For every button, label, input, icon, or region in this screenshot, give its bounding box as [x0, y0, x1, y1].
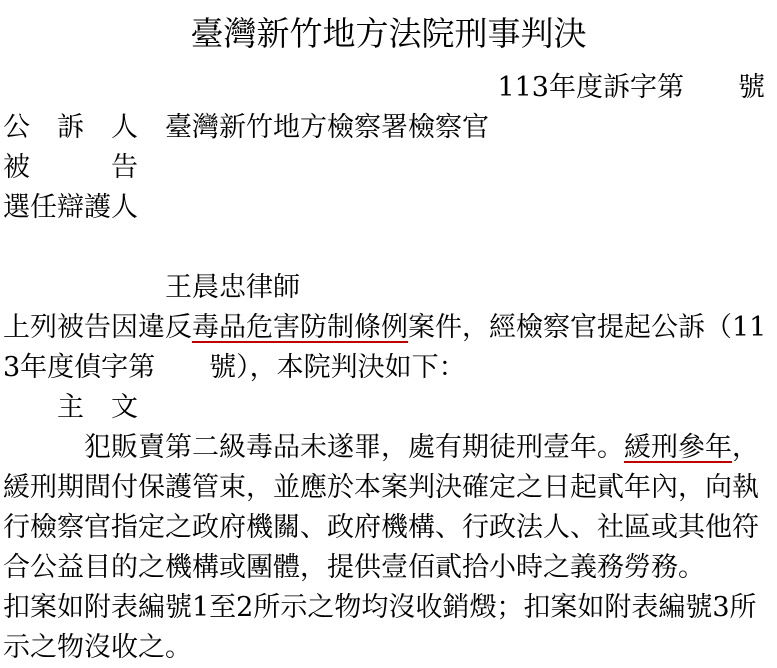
text-run: 被 告 [3, 152, 138, 183]
text-line: 王晨忠律師 [0, 268, 777, 308]
underlined-text: 毒品危害防制條例 [192, 312, 408, 343]
document-body: 113年度訴字第 號公 訴 人 臺灣新竹地方檢察署檢察官被 告選任辯護人 王晨忠… [0, 68, 777, 668]
text-line: 上列被告因違反毒品危害防制條例案件，經檢察官提起公訴（11 [0, 308, 777, 348]
text-run: 選任辯護人 [3, 192, 138, 223]
text-line: 3年度偵字第 號），本院判決如下： [0, 348, 777, 388]
text-run: 王晨忠律師 [3, 272, 300, 303]
text-run: 公 訴 人 臺灣新竹地方檢察署檢察官 [3, 112, 489, 143]
document-title: 臺灣新竹地方法院刑事判決 [0, 0, 777, 68]
text-run: 緩刑期間付保護管束，並應於本案判決確定之日起貳年內，向執 [3, 472, 759, 503]
text-line: 113年度訴字第 號 [0, 68, 777, 108]
text-line: 公 訴 人 臺灣新竹地方檢察署檢察官 [0, 108, 777, 148]
text-line: 主 文 [0, 388, 777, 428]
judgment-document-page: 臺灣新竹地方法院刑事判決 113年度訴字第 號公 訴 人 臺灣新竹地方檢察署檢察… [0, 0, 777, 668]
text-run: 113年度訴字第 號 [497, 72, 765, 103]
text-run: 主 文 [3, 392, 138, 423]
text-line [0, 228, 777, 268]
text-run: ， [732, 432, 759, 463]
text-run: 犯販賣第二級毒品未遂罪，處有期徒刑壹年。 [3, 432, 624, 463]
text-run: 3年度偵字第 號），本院判決如下： [3, 352, 466, 383]
text-run: 扣案如附表編號1至2所示之物均沒收銷燬；扣案如附表編號3所 [3, 592, 757, 623]
text-run: 上列被告因違反 [3, 312, 192, 343]
text-line: 被 告 [0, 148, 777, 188]
text-run: 案件，經檢察官提起公訴（11 [408, 312, 766, 343]
text-run: 示之物沒收之。 [3, 632, 192, 663]
text-line: 犯販賣第二級毒品未遂罪，處有期徒刑壹年。緩刑參年， [0, 428, 777, 468]
underlined-text: 緩刑參年 [624, 432, 732, 463]
text-line: 緩刑期間付保護管束，並應於本案判決確定之日起貳年內，向執 [0, 468, 777, 508]
text-line: 扣案如附表編號1至2所示之物均沒收銷燬；扣案如附表編號3所 [0, 588, 777, 628]
text-run: 行檢察官指定之政府機關、政府機構、行政法人、社區或其他符 [3, 512, 759, 543]
text-line: 合公益目的之機構或團體，提供壹佰貳拾小時之義務勞務。 [0, 548, 777, 588]
text-line: 行檢察官指定之政府機關、政府機構、行政法人、社區或其他符 [0, 508, 777, 548]
text-run: 合公益目的之機構或團體，提供壹佰貳拾小時之義務勞務。 [3, 552, 705, 583]
text-line: 示之物沒收之。 [0, 628, 777, 668]
text-line: 選任辯護人 [0, 188, 777, 228]
